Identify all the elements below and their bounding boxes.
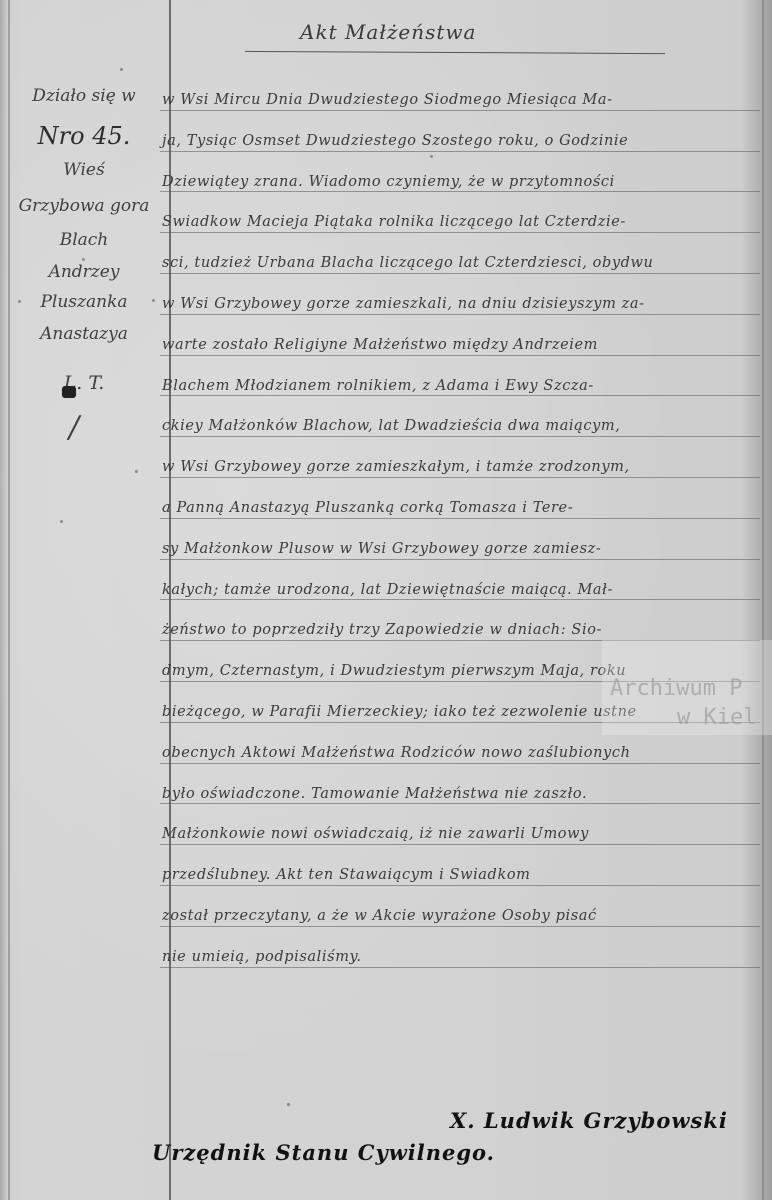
page-right-edge [762, 0, 764, 1200]
civil-registrar-signature: Urzędnik Stanu Cywilnego. [152, 1140, 495, 1165]
scanned-page: Akt Małżeństwa Działo się w Nro 45. Wieś… [0, 0, 772, 1200]
margin-village-label: Wieś [0, 160, 168, 180]
record-body: w Wsi Mircu Dnia Dwudziestego Siodmego M… [160, 80, 760, 978]
priest-signature: X. Ludwik Grzybowski [450, 1108, 728, 1133]
paper-speck [82, 258, 85, 261]
body-line: było oświadczone. Tamowanie Małżeństwa n… [160, 774, 760, 815]
body-line: Swiadkow Macieja Piątaka rolnika liczące… [160, 202, 760, 243]
body-line: warte zostało Religiyne Małżeństwo międz… [160, 325, 760, 366]
body-line: nie umieią, podpisaliśmy. [160, 937, 760, 978]
body-line: Dziewiątey zrana. Wiadomo czyniemy, że w… [160, 162, 760, 203]
margin-groom-given: Andrzey [0, 262, 168, 282]
paper-speck [135, 470, 138, 473]
archive-watermark-line2: w Kiel [677, 705, 756, 730]
margin-mark-initials: L. T. [0, 372, 168, 394]
body-line: kałych; tamże urodzona, lat Dziewiętnaśc… [160, 570, 760, 611]
record-number: Nro 45. [0, 122, 168, 150]
body-line: sy Małżonkow Plusow w Wsi Grzybowey gorz… [160, 529, 760, 570]
page-left-edge [8, 0, 10, 1200]
margin-bride-surname: Pluszanka [0, 292, 168, 312]
margin-header: Działo się w [0, 86, 168, 106]
body-line: obecnych Aktowi Małżeństwa Rodziców nowo… [160, 733, 760, 774]
title-underline [245, 51, 665, 54]
body-line: ckiey Małżonków Blachow, lat Dwadzieścia… [160, 406, 760, 447]
body-line: w Wsi Mircu Dnia Dwudziestego Siodmego M… [160, 80, 760, 121]
body-line: Małżonkowie nowi oświadczaią, iż nie zaw… [160, 814, 760, 855]
paper-speck [287, 1103, 290, 1106]
body-line: w Wsi Grzybowey gorze zamieszkali, na dn… [160, 284, 760, 325]
body-line: został przeczytany, a że w Akcie wyrażon… [160, 896, 760, 937]
body-line: przedślubney. Akt ten Stawaiącym i Swiad… [160, 855, 760, 896]
body-line: Blachem Młodzianem rolnikiem, z Adama i … [160, 366, 760, 407]
document-title: Akt Małżeństwa [300, 20, 476, 44]
paper-speck [60, 520, 63, 523]
body-line: a Panną Anastazyą Pluszanką corką Tomasz… [160, 488, 760, 529]
archive-watermark-line1: Archiwum P [610, 676, 742, 701]
ink-blot [62, 386, 76, 398]
paper-speck [120, 68, 123, 71]
body-line: ja, Tysiąc Osmset Dwudziestego Szostego … [160, 121, 760, 162]
margin-village: Grzybowa gora [0, 196, 168, 216]
margin-groom-surname: Blach [0, 230, 168, 250]
margin-mark-slash: / [0, 410, 158, 445]
margin-bride-given: Anastazya [0, 324, 168, 344]
body-line: w Wsi Grzybowey gorze zamieszkałym, i ta… [160, 447, 760, 488]
body-line: sci, tudzież Urbana Blacha liczącego lat… [160, 243, 760, 284]
